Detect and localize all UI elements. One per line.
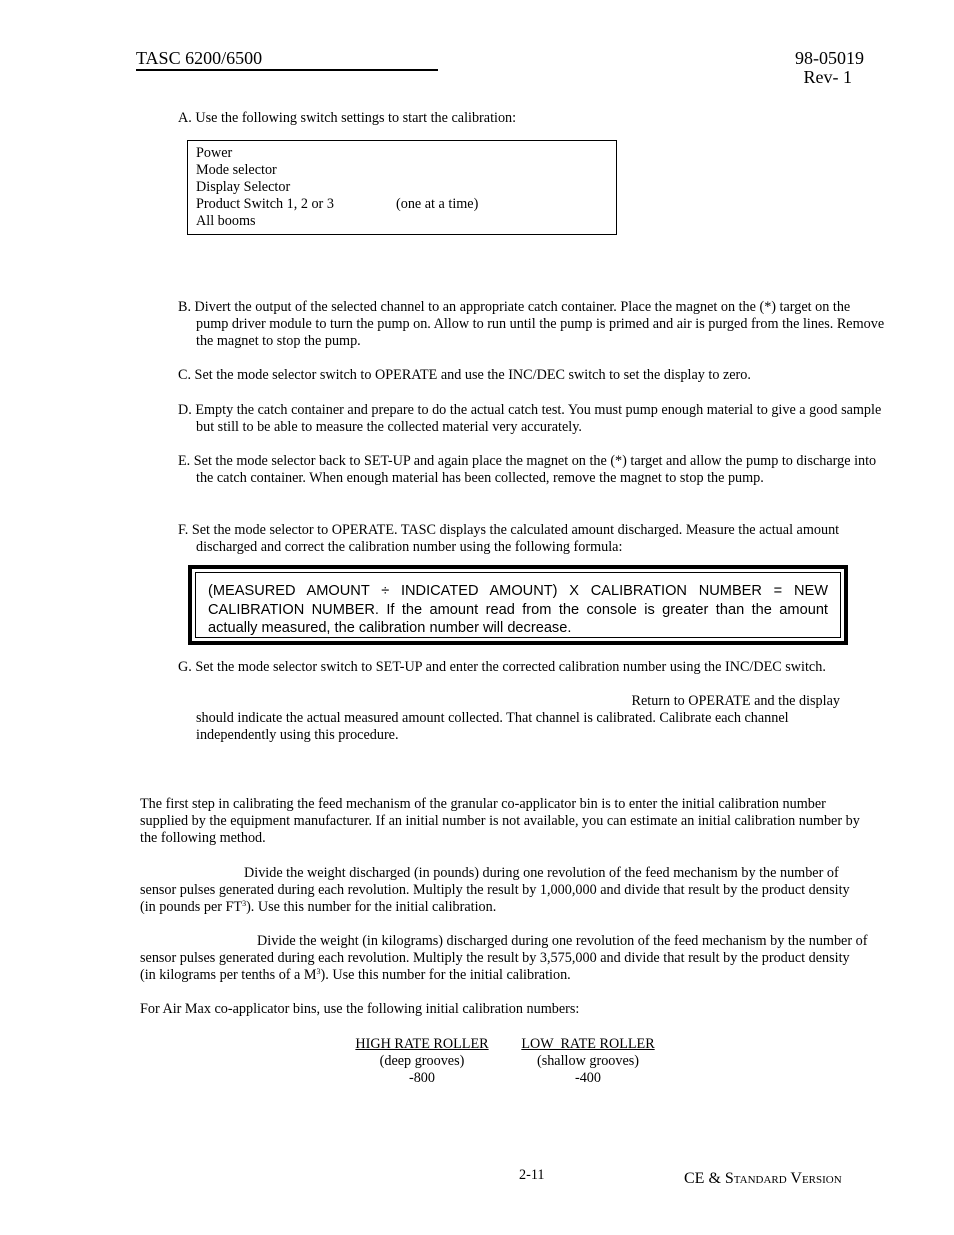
- english-method-paragraph: Divide the weight discharged (in pounds)…: [140, 865, 868, 916]
- switch-row: Display Selector: [196, 179, 608, 196]
- switch-name: Display Selector: [196, 179, 396, 196]
- roller-heading: LOW RATE ROLLER: [508, 1036, 668, 1053]
- version-label: CE & Standard Version: [684, 1170, 842, 1187]
- english-method-text-end: ). Use this number for the initial calib…: [246, 899, 496, 915]
- document-number: 98-05019: [750, 48, 864, 68]
- metric-method-paragraph: Divide the weight (in kilograms) dischar…: [140, 933, 868, 984]
- step-e: E. Set the mode selector back to SET-UP …: [178, 453, 886, 487]
- header-rule: [136, 69, 438, 71]
- switch-row: Power: [196, 145, 608, 162]
- high-rate-roller-column: HIGH RATE ROLLER (deep grooves) -800: [338, 1036, 506, 1087]
- switch-name: All booms: [196, 213, 396, 230]
- switch-settings-box: Power Mode selector Display Selector Pro…: [187, 140, 617, 235]
- switch-row: Mode selector: [196, 162, 608, 179]
- step-d: D. Empty the catch container and prepare…: [178, 402, 886, 436]
- step-g: G. Set the mode selector switch to SET-U…: [178, 659, 886, 676]
- switch-row: All booms: [196, 213, 608, 230]
- document-title: TASC 6200/6500: [136, 48, 262, 68]
- switch-name: Power: [196, 145, 396, 162]
- roller-value: -800: [338, 1070, 506, 1087]
- step-b: B. Divert the output of the selected cha…: [178, 299, 886, 350]
- switch-name: Product Switch 1, 2 or 3: [196, 196, 396, 213]
- page-number: 2-11: [519, 1167, 544, 1184]
- formula-text: (MEASURED AMOUNT ÷ INDICATED AMOUNT) X C…: [195, 572, 841, 638]
- document-revision: Rev- 1: [750, 67, 852, 87]
- step-g-return-text: Return to OPERATE and the display: [196, 693, 840, 710]
- roller-heading: HIGH RATE ROLLER: [338, 1036, 506, 1053]
- switch-note: (one at a time): [396, 196, 478, 213]
- airmax-intro: For Air Max co-applicator bins, use the …: [140, 1001, 868, 1018]
- metric-method-text-end: ). Use this number for the initial calib…: [321, 967, 571, 983]
- switch-row: Product Switch 1, 2 or 3 (one at a time): [196, 196, 608, 213]
- step-a: A. Use the following switch settings to …: [178, 110, 886, 127]
- step-c: C. Set the mode selector switch to OPERA…: [178, 367, 886, 384]
- intro-paragraph: The first step in calibrating the feed m…: [140, 796, 868, 847]
- step-g-continuation: should indicate the actual measured amou…: [196, 710, 868, 744]
- roller-description: (deep grooves): [338, 1053, 506, 1070]
- roller-description: (shallow grooves): [508, 1053, 668, 1070]
- roller-value: -400: [508, 1070, 668, 1087]
- low-rate-roller-column: LOW RATE ROLLER (shallow grooves) -400: [508, 1036, 668, 1087]
- step-f: F. Set the mode selector to OPERATE. TAS…: [178, 522, 886, 556]
- formula-box: (MEASURED AMOUNT ÷ INDICATED AMOUNT) X C…: [188, 565, 848, 645]
- switch-name: Mode selector: [196, 162, 396, 179]
